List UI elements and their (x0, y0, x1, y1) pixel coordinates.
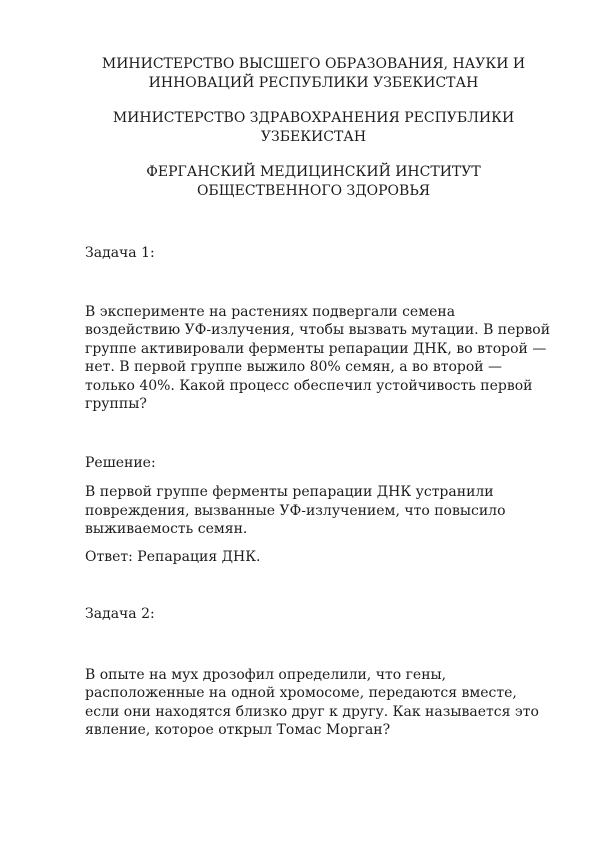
text-line: выживаемость семян. (85, 520, 553, 539)
text-line: нет. В первой группе выжило 80% семян, а… (85, 358, 553, 377)
text-line: группы? (85, 395, 553, 414)
ministry-health-heading: МИНИСТЕРСТВО ЗДРАВОХРАНЕНИЯ РЕСПУБЛИКИ У… (85, 109, 542, 146)
text-line: МИНИСТЕРСТВО ВЫСШЕГО ОБРАЗОВАНИЯ, НАУКИ … (85, 55, 542, 74)
text-line: повреждения, вызванные УФ-излучением, чт… (85, 502, 553, 521)
task1-question: В эксперименте на растениях подвергали с… (85, 303, 553, 414)
ministry-education-heading: МИНИСТЕРСТВО ВЫСШЕГО ОБРАЗОВАНИЯ, НАУКИ … (85, 55, 542, 92)
text-line: УЗБЕКИСТАН (85, 128, 542, 147)
text-line: расположенные на одной хромосоме, переда… (85, 684, 553, 703)
text-line: В эксперименте на растениях подвергали с… (85, 303, 553, 322)
task1-solution-text: В первой группе ферменты репарации ДНК у… (85, 483, 553, 539)
text-line: воздействию УФ-излучения, чтобы вызвать … (85, 321, 553, 340)
text-line: ФЕРГАНСКИЙ МЕДИЦИНСКИЙ ИНСТИТУТ (85, 163, 542, 182)
text-line: ОБЩЕСТВЕННОГО ЗДОРОВЬЯ (85, 182, 542, 201)
text-line: ИННОВАЦИЙ РЕСПУБЛИКИ УЗБЕКИСТАН (85, 74, 542, 93)
text-line: В первой группе ферменты репарации ДНК у… (85, 483, 553, 502)
task1-solution-label: Решение: (85, 454, 553, 473)
task2-question: В опыте на мух дрозофил определили, что … (85, 666, 553, 740)
text-line: если они находятся близко друг к другу. … (85, 703, 553, 722)
task2-label: Задача 2: (85, 605, 553, 624)
institute-heading: ФЕРГАНСКИЙ МЕДИЦИНСКИЙ ИНСТИТУТ ОБЩЕСТВЕ… (85, 163, 542, 200)
document-header: МИНИСТЕРСТВО ВЫСШЕГО ОБРАЗОВАНИЯ, НАУКИ … (85, 55, 553, 200)
text-line: МИНИСТЕРСТВО ЗДРАВОХРАНЕНИЯ РЕСПУБЛИКИ (85, 109, 542, 128)
text-line: В опыте на мух дрозофил определили, что … (85, 666, 553, 685)
task1-answer: Ответ: Репарация ДНК. (85, 548, 553, 567)
text-line: явление, которое открыл Томас Морган? (85, 721, 553, 740)
text-line: только 40%. Какой процесс обеспечил усто… (85, 377, 553, 396)
task1-label: Задача 1: (85, 244, 553, 263)
text-line: группе активировали ферменты репарации Д… (85, 340, 553, 359)
document-page: МИНИСТЕРСТВО ВЫСШЕГО ОБРАЗОВАНИЯ, НАУКИ … (0, 0, 596, 842)
